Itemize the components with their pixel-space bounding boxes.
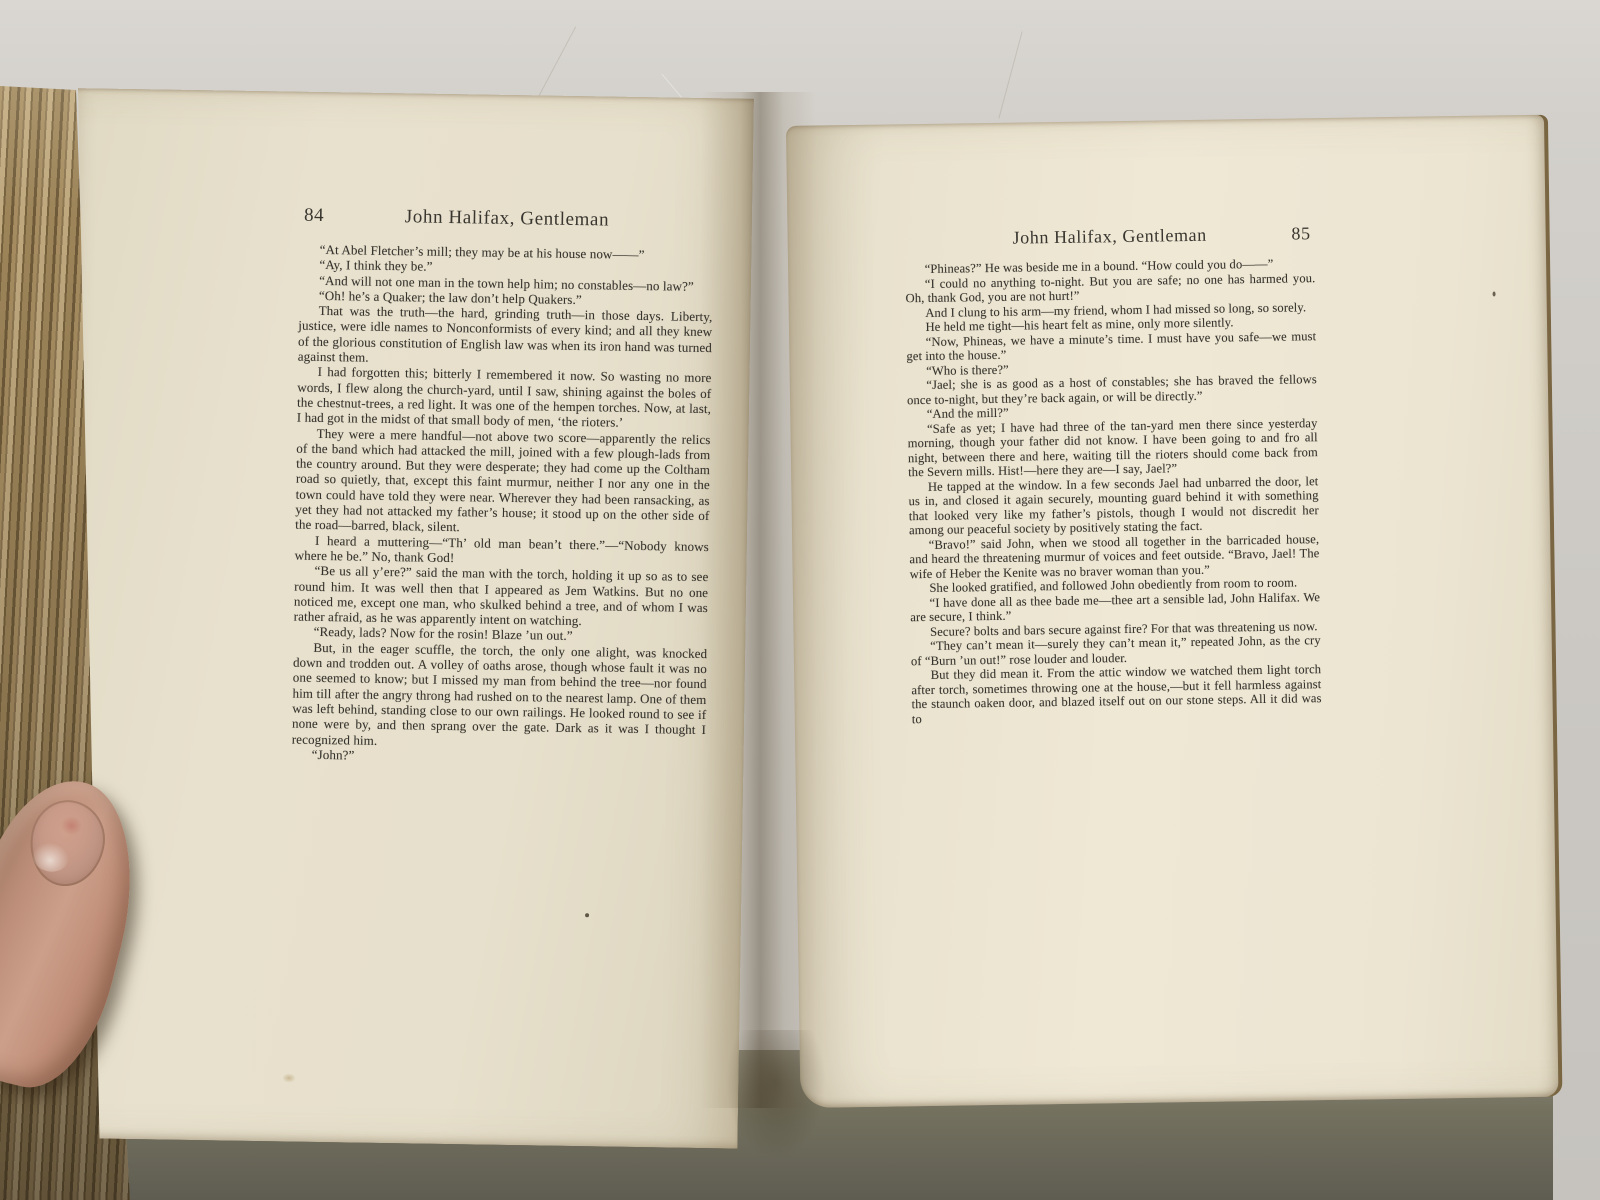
paragraph: “Be us all y’ere?” said the man with the… — [294, 563, 709, 631]
left-page-header: 84 John Halifax, Gentleman — [300, 204, 714, 234]
right-page-text: John Halifax, Gentleman 85 “Phineas?” He… — [905, 222, 1325, 922]
nail-lunula — [30, 841, 70, 875]
right-page-header: John Halifax, Gentleman 85 — [905, 222, 1315, 250]
right-page-body: “Phineas?” He was beside me in a bound. … — [905, 256, 1325, 922]
paragraph: “Safe as yet; I have had three of the ta… — [907, 416, 1318, 480]
thumb-nail — [23, 794, 111, 892]
ink-speck — [585, 913, 589, 917]
page-number-left: 84 — [304, 204, 325, 228]
book-photo-scene: 84 John Halifax, Gentleman “At Abel Flet… — [0, 0, 1600, 1200]
ink-speck — [1493, 291, 1496, 296]
nail-blush — [60, 815, 83, 836]
left-page: 84 John Halifax, Gentleman “At Abel Flet… — [54, 88, 754, 1149]
paragraph: That was the truth—the hard, grinding tr… — [298, 303, 713, 371]
left-page-body: “At Abel Fletcher’s mill; they may be at… — [289, 242, 714, 948]
right-page: John Halifax, Gentleman 85 “Phineas?” He… — [786, 115, 1562, 1108]
scratch-line — [998, 31, 1022, 118]
paragraph: “Bravo!” said John, when we stood all to… — [909, 532, 1320, 582]
paragraph: He tapped at the window. In a few second… — [908, 474, 1319, 538]
paragraph: They were a mere handful—not above two s… — [295, 425, 711, 539]
paragraph: But, in the eager scuffle, the torch, th… — [292, 639, 708, 753]
running-head-left: John Halifax, Gentleman — [405, 206, 610, 230]
running-head-right: John Halifax, Gentleman — [1012, 225, 1207, 248]
paragraph: But they did mean it. From the attic win… — [911, 662, 1322, 726]
page-number-right: 85 — [1291, 222, 1311, 244]
foxing-spot — [585, 396, 591, 401]
foxing-spot — [282, 1073, 295, 1082]
paragraph: I had forgotten this; bitterly I remembe… — [297, 364, 712, 432]
left-page-text: 84 John Halifax, Gentleman “At Abel Flet… — [289, 204, 715, 948]
